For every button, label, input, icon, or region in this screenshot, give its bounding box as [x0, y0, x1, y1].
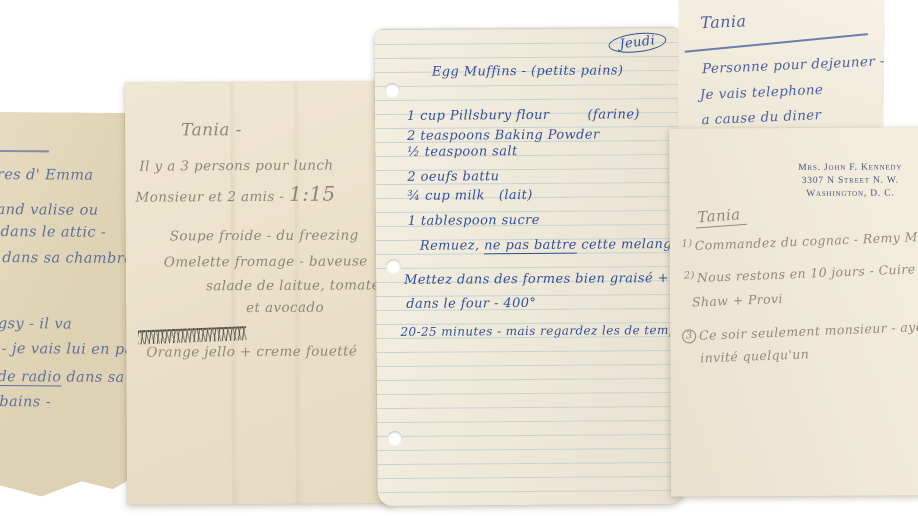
handwritten-line: de radio dans sa	[0, 369, 125, 386]
underlined-words: ne pas battre	[484, 238, 577, 255]
menu-item: salade de laitue, tomates	[206, 277, 387, 294]
ingredient-list: 1 cup Pillsbury flour(farine) 2 teaspoon…	[407, 107, 641, 199]
ingredient: ¾ cup milk(lait)	[407, 187, 640, 204]
menu-item: Orange jello + creme fouetté	[146, 343, 357, 360]
ingredient: ½ teaspoon salt	[407, 143, 640, 160]
instruction-text: cette melange	[577, 237, 680, 253]
ingredient-text: 2 oeufs battu	[407, 169, 499, 185]
note-heading: Tania -	[181, 120, 242, 140]
scribbled-out-word	[138, 326, 246, 344]
handwritten-line: Il y a 3 persons pour lunch	[139, 158, 333, 175]
menu-item: Soupe froide - du freezing	[170, 227, 359, 244]
ingredient-text: ¾ cup milk	[407, 188, 484, 204]
ingredient: 2 oeufs battu	[407, 168, 640, 185]
pen-stroke	[685, 33, 868, 52]
punch-hole	[386, 259, 401, 274]
handwritten-line: Monsieur et 2 amis - 1:15	[135, 182, 335, 207]
list-item: 1)Commandez du cognac - Remy Martin	[681, 228, 918, 254]
list-item: 2)Nous restons en 10 jours - Cuire pour	[684, 260, 918, 286]
item-marker: 2)	[684, 270, 696, 281]
punch-hole	[387, 431, 402, 446]
letterhead-address: 3307 N Street N. W.	[779, 174, 918, 188]
list-item: 3Ce soir seulement monsieur - ayez si	[682, 318, 918, 344]
handwritten-line: bains -	[0, 394, 51, 410]
ingredient-text: 1 cup Pillsbury flour	[407, 108, 550, 124]
lunch-time: 1:15	[289, 182, 336, 206]
recipe-title: Egg Muffins - (petits pains)	[375, 63, 681, 80]
lunch-menu-note: Tania - Il y a 3 persons pour lunch Mons…	[125, 81, 393, 504]
note-heading: Tania	[700, 11, 747, 32]
ingredient: 2 teaspoons Baking Powder	[407, 127, 640, 144]
photo-of-handwritten-notes: res d' Emma and valise ou dans le attic …	[0, 0, 918, 516]
letterhead-name: Mrs. John F. Kennedy	[779, 161, 918, 175]
item-text: Commandez du cognac - Remy Martin	[694, 228, 918, 253]
note-heading: Tania	[695, 205, 748, 229]
ingredient-note: (farine)	[587, 107, 639, 122]
ingredient: 1 cup Pillsbury flour(farine)	[407, 107, 640, 124]
underlined-words: de radio	[0, 369, 61, 386]
line-rest: dans sa	[61, 369, 124, 385]
handwritten-line: Je vais telephone	[699, 82, 823, 103]
handwritten-line: gsy - il va	[0, 316, 72, 333]
kennedy-letterhead-note: Mrs. John F. Kennedy 3307 N Street N. W.…	[669, 127, 918, 496]
ingredient: 1 tablespoon sucre	[408, 212, 641, 229]
handwritten-line: Personne pour dejeuner -	[702, 53, 885, 77]
menu-item: Omelette fromage - baveuse	[164, 253, 368, 270]
letterhead-address: Washington, D. C.	[779, 187, 918, 201]
instruction-line: dans le four - 400°	[406, 296, 536, 312]
item-marker: 1)	[681, 238, 693, 249]
list-item-continued: invité quelqu'un	[700, 346, 809, 365]
item-text: Nous restons en 10 jours - Cuire pour	[697, 260, 918, 285]
menu-item: et avocado	[246, 300, 324, 316]
handwritten-line: dans sa chambre	[2, 250, 133, 267]
handwritten-line: dans le attic -	[0, 224, 106, 241]
instruction-text: Remuez,	[420, 238, 484, 253]
circled-item-marker: 3	[682, 329, 697, 344]
circled-day: Jeudi	[608, 30, 668, 55]
ingredient-note: (lait)	[499, 188, 533, 203]
printed-letterhead: Mrs. John F. Kennedy 3307 N Street N. W.…	[779, 161, 918, 201]
handwritten-line: res d' Emma	[0, 167, 94, 184]
instruction-stir: Remuez, ne pas battre cette melange	[420, 237, 680, 254]
item-text: Ce soir seulement monsieur - ayez si	[699, 318, 918, 343]
punch-hole	[385, 83, 400, 98]
handwritten-line: a cause du diner	[701, 107, 822, 128]
line-text: Monsieur et 2 amis -	[135, 189, 289, 206]
list-item-continued: Shaw + Provi	[692, 291, 783, 310]
torn-note-emma: res d' Emma and valise ou dans le attic …	[0, 111, 135, 497]
pen-stroke	[0, 150, 49, 153]
recipe-page: Jeudi Egg Muffins - (petits pains) 1 cup…	[374, 27, 683, 506]
handwritten-line: and valise ou	[0, 202, 99, 219]
